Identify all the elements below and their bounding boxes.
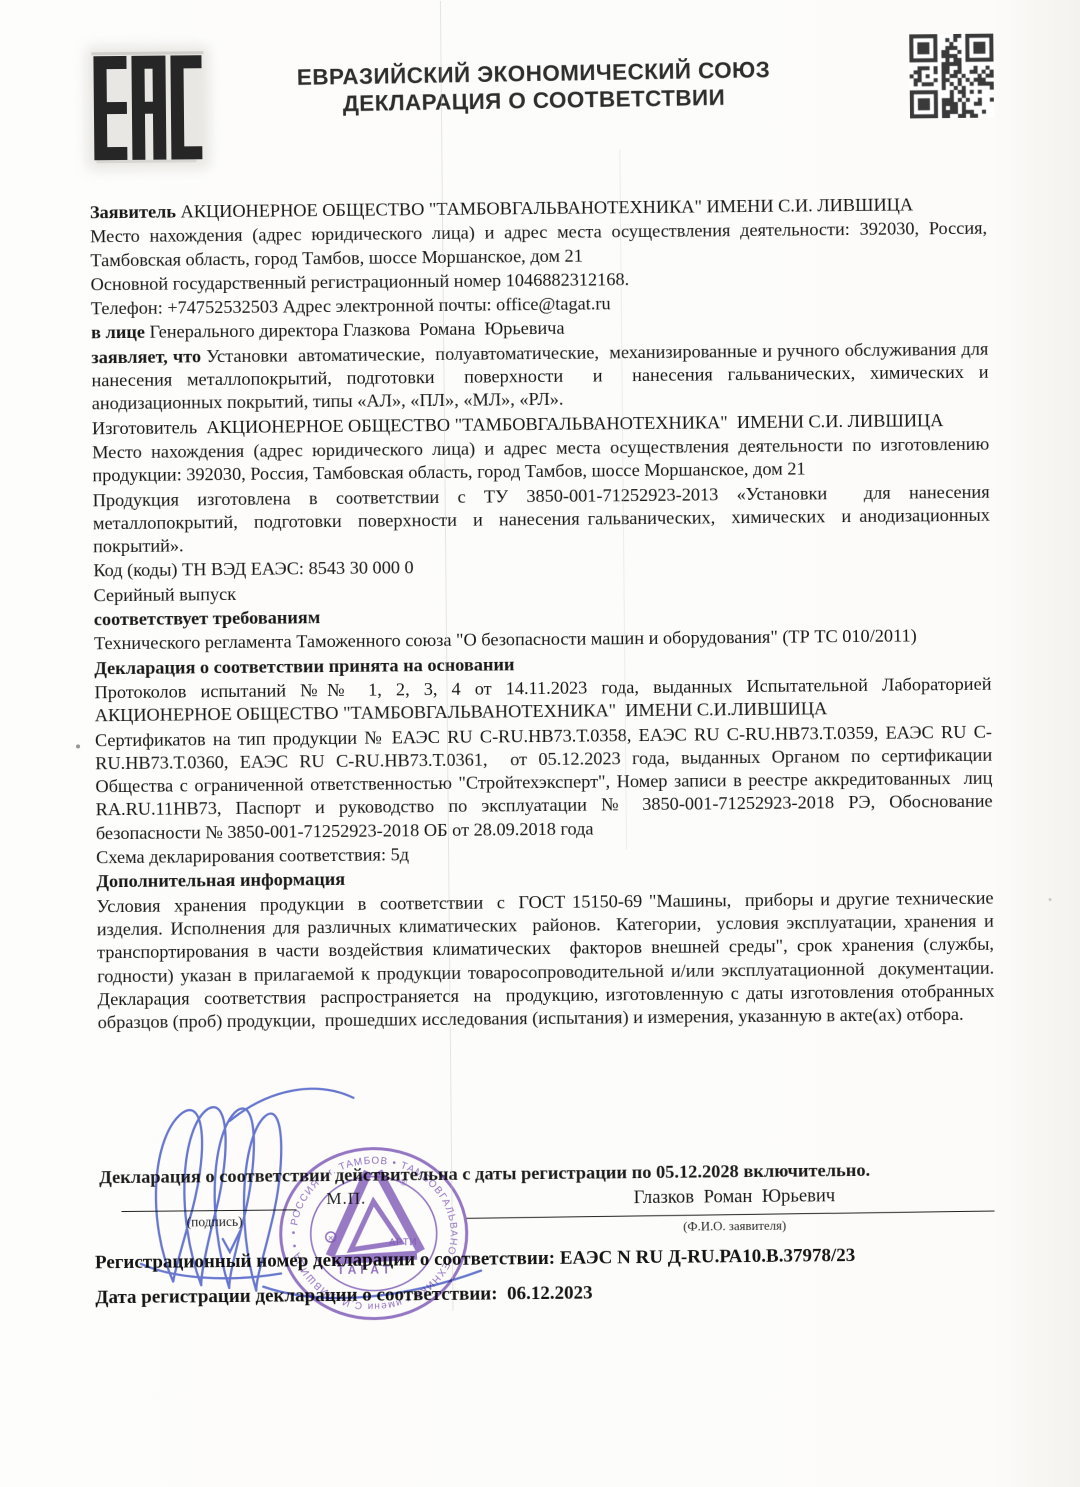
doc-paragraph-text: Серийный выпуск — [93, 584, 236, 605]
doc-paragraph-text: Сертификатов на тип продукции № ЕАЭС RU … — [95, 721, 996, 843]
doc-paragraph-text: Установки автоматические, полуавтоматиче… — [91, 338, 993, 413]
doc-paragraph: Место нахождения (адрес юридического лиц… — [92, 433, 989, 488]
doc-paragraph: Протоколов испытаний №№ 1, 2, 3, 4 от 14… — [94, 673, 991, 728]
qr-code — [909, 34, 994, 119]
document-title: ЕВРАЗИЙСКИЙ ЭКОНОМИЧЕСКИЙ СОЮЗ ДЕКЛАРАЦИ… — [253, 55, 814, 118]
document-body: Заявитель АКЦИОНЕРНОЕ ОБЩЕСТВО "ТАМБОВГА… — [90, 193, 996, 1167]
doc-paragraph-text: Условия хранения продукции в соответстви… — [96, 887, 996, 1032]
doc-paragraph-text: Протоколов испытаний №№ 1, 2, 3, 4 от 14… — [94, 674, 996, 726]
doc-paragraph-text: АКЦИОНЕРНОЕ ОБЩЕСТВО "ТАМБОВГАЛЬВАНОТЕХН… — [176, 194, 913, 221]
doc-paragraph-lead: заявляет, что — [91, 346, 201, 367]
doc-paragraph-lead: Декларация о соответствии принята на осн… — [94, 654, 514, 678]
doc-paragraph: заявляет, что Установки автоматические, … — [91, 337, 989, 415]
doc-paragraph-text: Основной государственный регистрационный… — [91, 269, 630, 294]
doc-paragraph-lead: в лице — [91, 322, 145, 343]
doc-paragraph-lead: соответствует требованиям — [94, 607, 321, 629]
scan-content: ЕВРАЗИЙСКИЙ ЭКОНОМИЧЕСКИЙ СОЮЗ ДЕКЛАРАЦИ… — [0, 0, 1080, 1487]
applicant-name-line — [467, 1211, 995, 1219]
doc-paragraph-lead: Дополнительная информация — [96, 869, 345, 891]
applicant-name-caption: (Ф.И.О. заявителя) — [565, 1218, 905, 1236]
doc-paragraph-text: Код (коды) ТН ВЭД ЕАЭС: 8543 30 000 0 — [93, 558, 413, 581]
doc-paragraph: Место нахождения (адрес юридического лиц… — [90, 217, 987, 272]
declaration-page: ЕВРАЗИЙСКИЙ ЭКОНОМИЧЕСКИЙ СОЮЗ ДЕКЛАРАЦИ… — [0, 0, 1080, 1487]
doc-paragraph-text: Схема декларирования соответствия: 5д — [96, 844, 409, 867]
ink-speck — [1049, 898, 1052, 901]
doc-paragraph-text: Место нахождения (адрес юридического лиц… — [92, 434, 994, 486]
doc-paragraph-text: Продукция изготовлена в соответствии с Т… — [93, 481, 995, 556]
doc-paragraph: Условия хранения продукции в соответстви… — [96, 886, 994, 1034]
eac-logo-icon — [89, 51, 206, 164]
applicant-name: Глазков Роман Юрьевич — [564, 1185, 904, 1210]
doc-paragraph-text: Место нахождения (адрес юридического лиц… — [90, 218, 992, 270]
doc-paragraph-lead: Заявитель — [90, 201, 176, 222]
doc-paragraph: Сертификатов на тип продукции № ЕАЭС RU … — [95, 720, 993, 845]
doc-paragraph-text: Генерального директора Глазкова Романа Ю… — [145, 318, 565, 342]
doc-paragraph-text: Телефон: +74752532503 Адрес электронной … — [91, 293, 611, 318]
doc-paragraph: Продукция изготовлена в соответствии с Т… — [93, 480, 991, 558]
ink-speck — [76, 744, 80, 748]
